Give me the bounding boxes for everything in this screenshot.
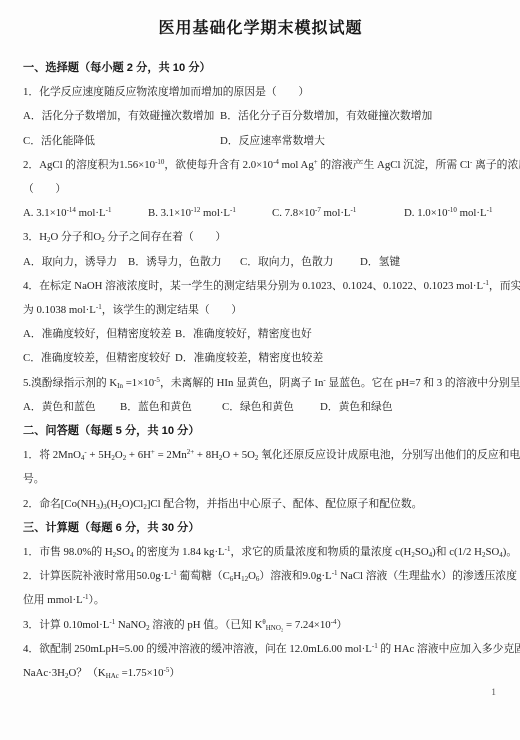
- question-1-1-options-row-2: C．活化能降低 D．反应速率常数增大: [23, 129, 498, 153]
- page-number: 1: [491, 688, 496, 698]
- option-1-3-d: D．氢键: [360, 250, 498, 274]
- option-1-2-c: C. 7.8×10-7 mol·L-1: [272, 201, 404, 225]
- option-1-1-a: A．活化分子数增加，有效碰撞次数增加: [23, 104, 220, 128]
- question-3-1: 1．市售 98.0%的 H2SO4 的密度为 1.84 kg·L-1，求它的质量…: [23, 540, 498, 564]
- section-2-heading: 二、问答题（每题 5 分，共 10 分）: [23, 419, 498, 443]
- question-1-4-options-row-2: C．准确度较差，但精密度较好 D．准确度较差，精密度也较差: [23, 346, 498, 370]
- question-1-1: 1．化学反应速度随反应物浓度增加而增加的原因是（ ）: [23, 80, 498, 104]
- section-3-heading: 三、计算题（每题 6 分，共 30 分）: [23, 516, 498, 540]
- question-1-2-options-row: A. 3.1×10-14 mol·L-1 B. 3.1×10-12 mol·L-…: [23, 201, 498, 225]
- question-2-2: 2．命名[Co(NH3)3(H2O)Cl2]Cl 配合物，并指出中心原子、配体、…: [23, 492, 498, 516]
- option-1-1-c: C．活化能降低: [23, 129, 220, 153]
- option-1-4-d: D．准确度较差，精密度也较差: [175, 346, 498, 370]
- option-1-4-a: A．准确度较好，但精密度较差: [23, 322, 175, 346]
- question-1-4-line-2: 为 0.1038 mol·L-1，该学生的测定结果（ ）: [23, 298, 498, 322]
- question-1-4-line-1: 4．在标定 NaOH 溶液浓度时，某一学生的测定结果分别为 0.1023、0.1…: [23, 274, 498, 298]
- question-1-5-options-row: A．黄色和蓝色 B．蓝色和黄色 C．绿色和黄色 D．黄色和绿色: [23, 395, 498, 419]
- option-1-3-c: C．取向力，色散力: [240, 250, 360, 274]
- question-1-4-options-row-1: A．准确度较好，但精密度较差 B．准确度较好，精密度也好: [23, 322, 498, 346]
- option-1-2-a: A. 3.1×10-14 mol·L-1: [23, 201, 148, 225]
- question-2-1-line-2: 号。: [23, 467, 498, 491]
- question-1-2-line-1: 2．AgCl 的溶度积为1.56×10-10，欲使每升含有 2.0×10-4 m…: [23, 153, 498, 177]
- option-1-5-b: B．蓝色和黄色: [120, 395, 222, 419]
- option-1-5-c: C．绿色和黄色: [222, 395, 320, 419]
- question-1-3: 3．H2O 分子和O2 分子之间存在着（ ）: [23, 225, 498, 249]
- page-title: 医用基础化学期末模拟试题: [23, 18, 498, 40]
- option-1-3-b: B．诱导力，色散力: [128, 250, 240, 274]
- question-1-5: 5.溴酚绿指示剂的 KIn =1×10-5，未离解的 HIn 显黄色，阴离子 I…: [23, 371, 498, 395]
- option-1-2-d: D. 1.0×10-10 mol·L-1: [404, 201, 498, 225]
- section-1-heading: 一、选择题（每小题 2 分，共 10 分）: [23, 56, 498, 80]
- question-3-2-line-1: 2．计算医院补液时常用50.0g·L-1 葡萄糖（C6H12O6）溶液和9.0g…: [23, 564, 498, 588]
- option-1-5-d: D．黄色和绿色: [320, 395, 498, 419]
- option-1-4-b: B．准确度较好，精密度也好: [175, 322, 498, 346]
- question-1-3-options-row: A．取向力，诱导力 B．诱导力，色散力 C．取向力，色散力 D．氢键: [23, 250, 498, 274]
- option-1-1-b: B．活化分子百分数增加，有效碰撞次数增加: [220, 104, 498, 128]
- question-1-1-options-row-1: A．活化分子数增加，有效碰撞次数增加 B．活化分子百分数增加，有效碰撞次数增加: [23, 104, 498, 128]
- question-2-1-line-1: 1．将 2MnO4- + 5H2O2 + 6H+ = 2Mn2+ + 8H2O …: [23, 443, 498, 467]
- question-1-2-line-2: （ ）: [23, 177, 498, 201]
- question-3-4-line-2: NaAc·3H2O？（KHAc =1.75×10-5）: [23, 661, 498, 685]
- option-1-3-a: A．取向力，诱导力: [23, 250, 128, 274]
- exam-document-page: 医用基础化学期末模拟试题 一、选择题（每小题 2 分，共 10 分） 1．化学反…: [0, 0, 520, 740]
- option-1-5-a: A．黄色和蓝色: [23, 395, 120, 419]
- option-1-1-d: D．反应速率常数增大: [220, 129, 498, 153]
- question-3-4-line-1: 4．欲配制 250mLpH=5.00 的缓冲溶液的缓冲溶液，问在 12.0mL6…: [23, 637, 498, 661]
- question-3-3: 3．计算 0.10mol·L-1 NaNO2 溶液的 pH 值。（已知 KθHN…: [23, 613, 498, 637]
- question-3-2-line-2: 位用 mmol·L-1）。: [23, 588, 498, 612]
- option-1-4-c: C．准确度较差，但精密度较好: [23, 346, 175, 370]
- option-1-2-b: B. 3.1×10-12 mol·L-1: [148, 201, 272, 225]
